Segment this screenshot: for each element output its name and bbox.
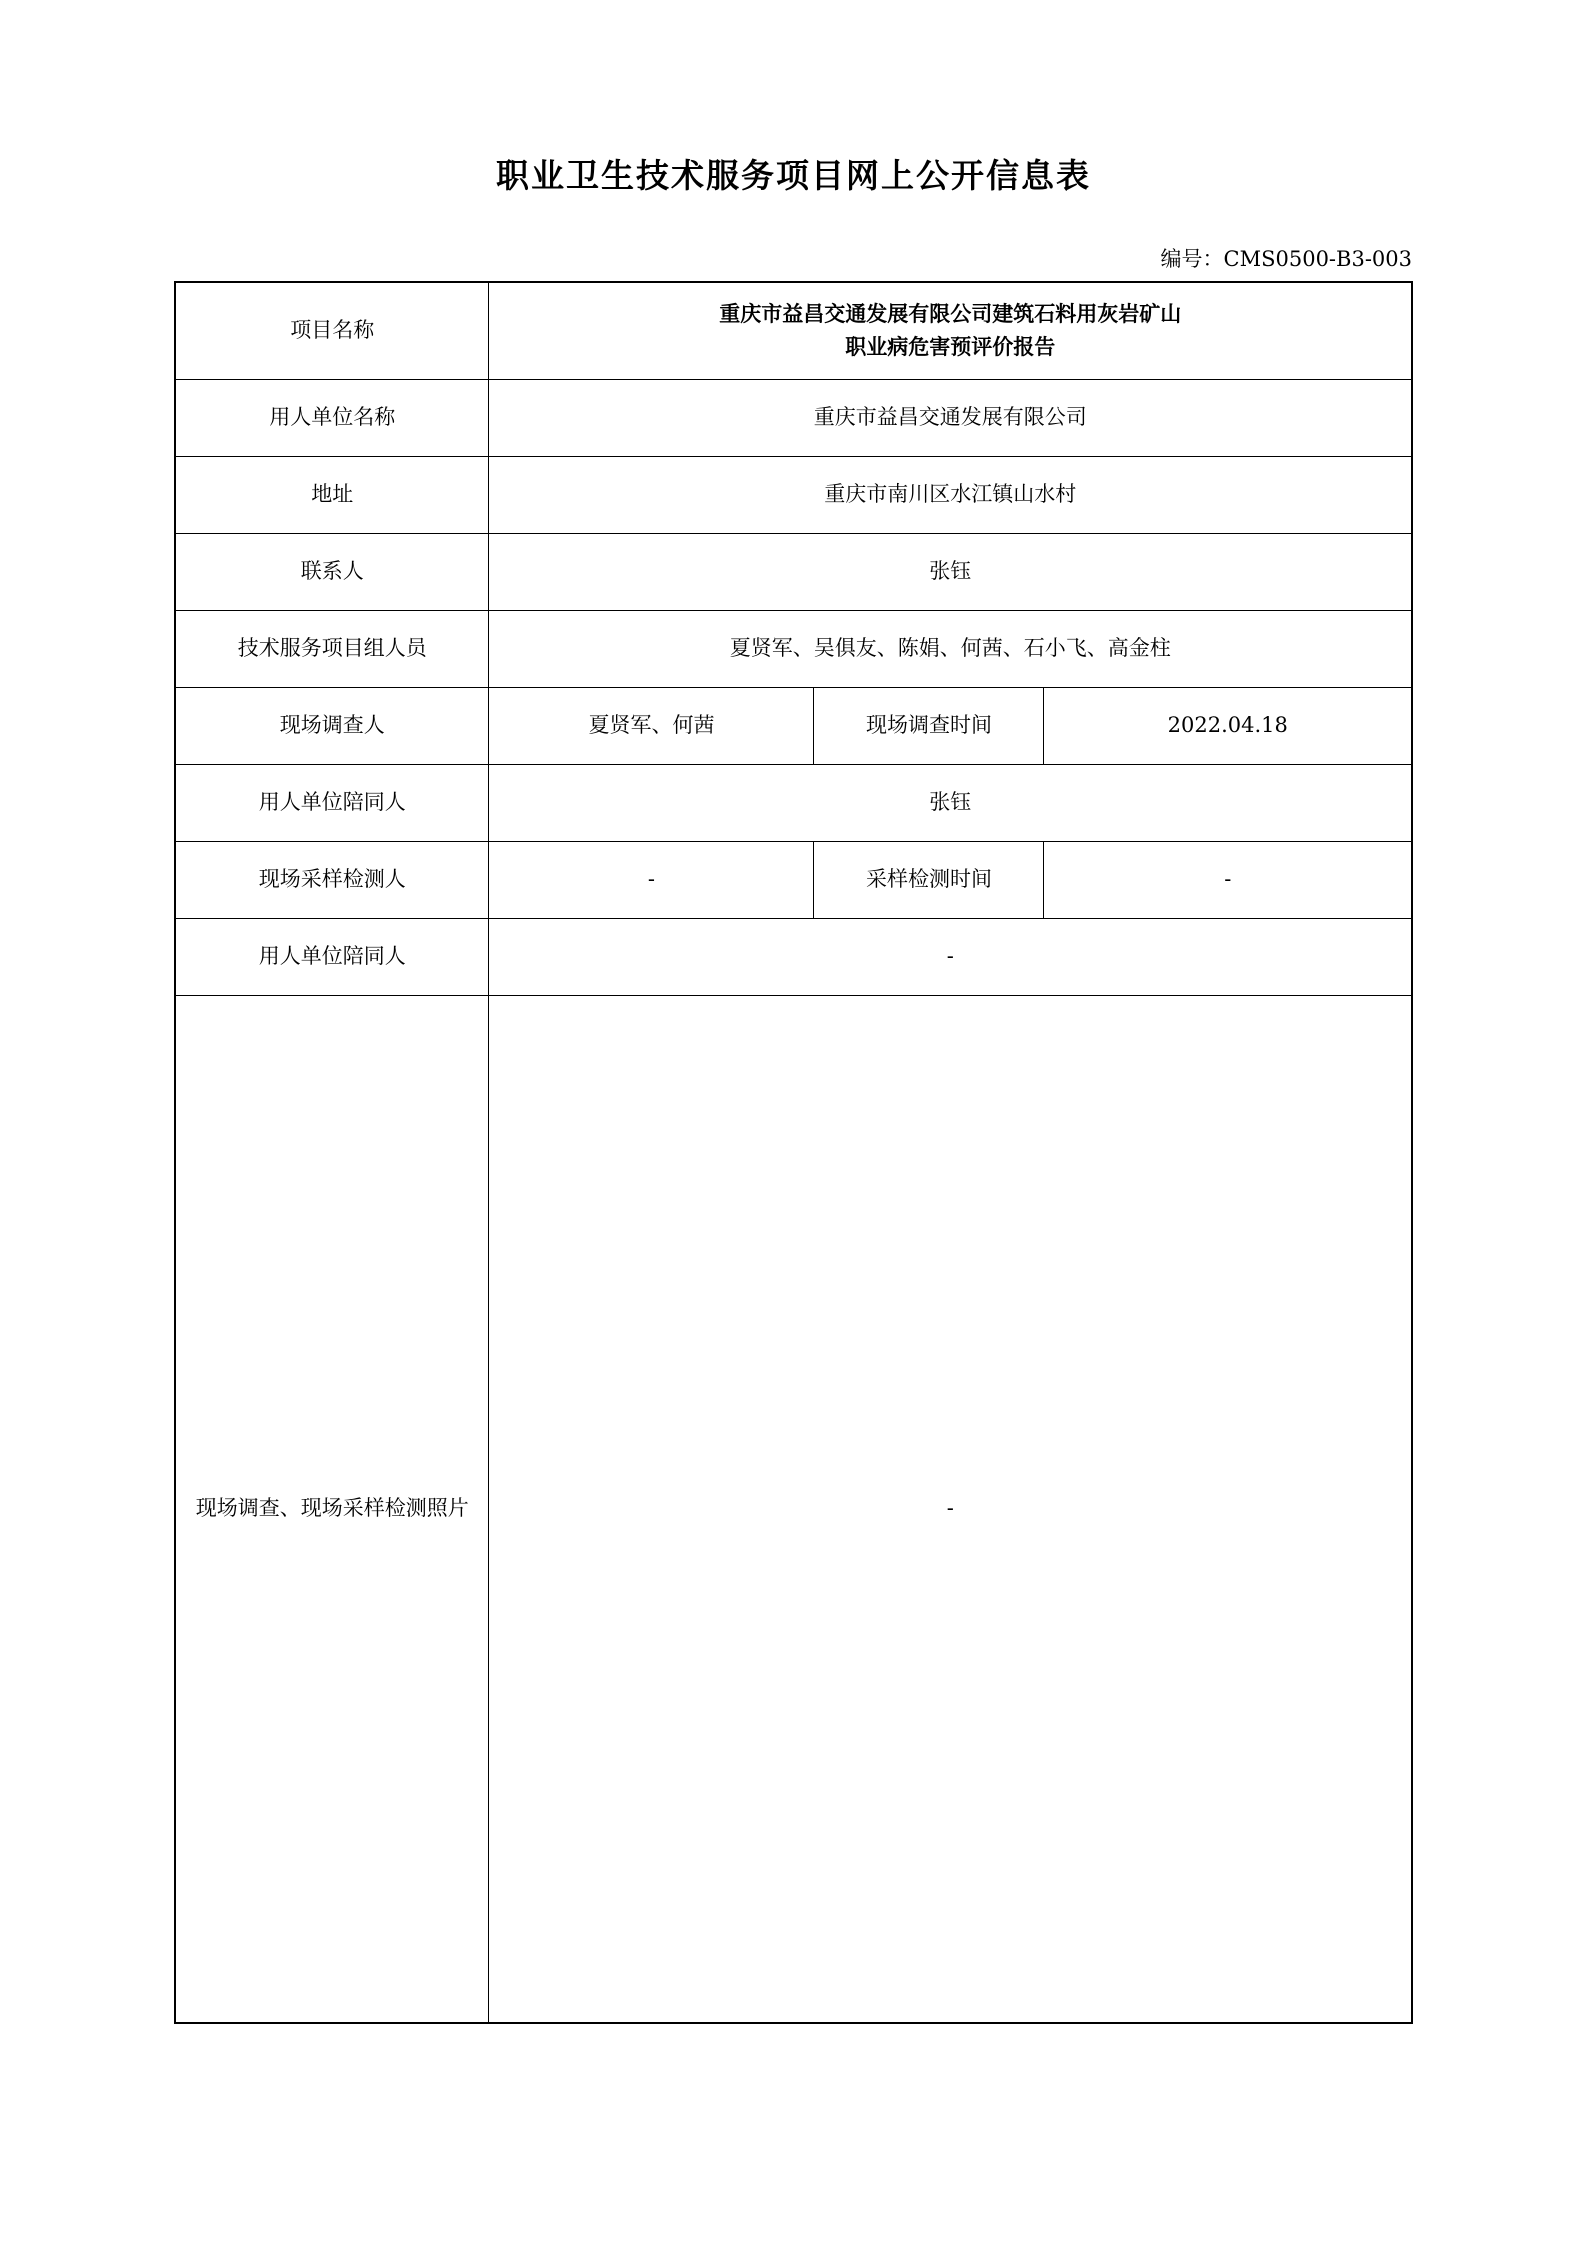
row-label: 地址 xyxy=(175,456,489,533)
table-row-employer-name: 用人单位名称 重庆市益昌交通发展有限公司 xyxy=(175,379,1412,456)
table-row-team-members: 技术服务项目组人员 夏贤军、吴俱友、陈娟、何茜、石小飞、高金柱 xyxy=(175,610,1412,687)
row-value-2: 2022.04.18 xyxy=(1044,687,1412,764)
doc-number-value: CMS0500-B3-003 xyxy=(1224,247,1412,271)
row-value: - xyxy=(489,918,1412,995)
row-value-2: - xyxy=(1044,841,1412,918)
row-value: 重庆市益昌交通发展有限公司 xyxy=(489,379,1412,456)
doc-number: 编号：CMS0500-B3-003 xyxy=(175,243,1412,273)
table-row-site-investigator: 现场调查人 夏贤军、何茜 现场调查时间 2022.04.18 xyxy=(175,687,1412,764)
row-label: 现场调查、现场采样检测照片 xyxy=(175,995,489,2023)
row-label: 联系人 xyxy=(175,533,489,610)
row-label: 用人单位陪同人 xyxy=(175,764,489,841)
row-label: 用人单位陪同人 xyxy=(175,918,489,995)
page-title: 职业卫生技术服务项目网上公开信息表 xyxy=(0,0,1587,197)
info-table: 项目名称 重庆市益昌交通发展有限公司建筑石料用灰岩矿山 职业病危害预评价报告 用… xyxy=(174,281,1413,2024)
project-name-line1: 重庆市益昌交通发展有限公司建筑石料用灰岩矿山 xyxy=(499,298,1401,331)
row-label-2: 现场调查时间 xyxy=(814,687,1044,764)
table-row-project-name: 项目名称 重庆市益昌交通发展有限公司建筑石料用灰岩矿山 职业病危害预评价报告 xyxy=(175,282,1412,379)
row-value: - xyxy=(489,841,814,918)
table-row-sampling-inspector: 现场采样检测人 - 采样检测时间 - xyxy=(175,841,1412,918)
row-label: 项目名称 xyxy=(175,282,489,379)
row-value: 重庆市南川区水江镇山水村 xyxy=(489,456,1412,533)
row-value: 张钰 xyxy=(489,764,1412,841)
row-value: 张钰 xyxy=(489,533,1412,610)
table-row-employer-escort-2: 用人单位陪同人 - xyxy=(175,918,1412,995)
row-value: 重庆市益昌交通发展有限公司建筑石料用灰岩矿山 职业病危害预评价报告 xyxy=(489,282,1412,379)
row-value: 夏贤军、何茜 xyxy=(489,687,814,764)
table-row-employer-escort-1: 用人单位陪同人 张钰 xyxy=(175,764,1412,841)
document-page: 职业卫生技术服务项目网上公开信息表 编号：CMS0500-B3-003 项目名称… xyxy=(0,0,1587,2245)
row-value: 夏贤军、吴俱友、陈娟、何茜、石小飞、高金柱 xyxy=(489,610,1412,687)
row-label: 技术服务项目组人员 xyxy=(175,610,489,687)
doc-number-label: 编号： xyxy=(1161,247,1224,271)
row-value: - xyxy=(489,995,1412,2023)
table-row-contact: 联系人 张钰 xyxy=(175,533,1412,610)
table-row-site-photos: 现场调查、现场采样检测照片 - xyxy=(175,995,1412,2023)
row-label: 现场采样检测人 xyxy=(175,841,489,918)
table-row-address: 地址 重庆市南川区水江镇山水村 xyxy=(175,456,1412,533)
project-name-line2: 职业病危害预评价报告 xyxy=(499,331,1401,364)
row-label: 现场调查人 xyxy=(175,687,489,764)
row-label: 用人单位名称 xyxy=(175,379,489,456)
row-label-2: 采样检测时间 xyxy=(814,841,1044,918)
